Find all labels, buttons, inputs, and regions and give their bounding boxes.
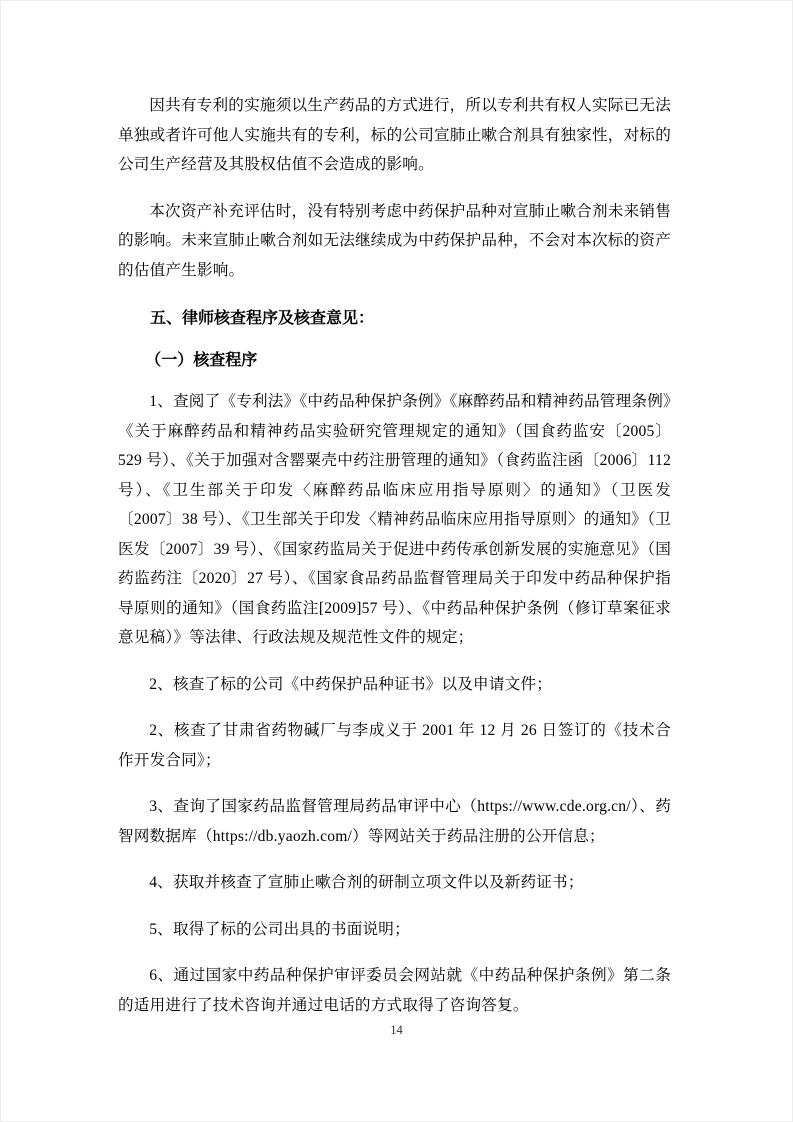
verification-item-1: 1、查阅了《专利法》《中药品种保护条例》《麻醉药品和精神药品管理条例》《关于麻醉… (118, 387, 671, 653)
paragraph-shared-patent-impact: 因共有专利的实施须以生产药品的方式进行，所以专利共有权人实际已无法单独或者许可他… (118, 91, 671, 180)
subsection-heading-verification-procedure: （一）核查程序 (118, 346, 671, 376)
verification-item-7: 6、通过国家中药品种保护审评委员会网站就《中药品种保护条例》第二条的适用进行了技… (118, 961, 671, 1020)
document-page: 因共有专利的实施须以生产药品的方式进行，所以专利共有权人实际已无法单独或者许可他… (0, 0, 793, 1122)
verification-item-5: 4、获取并核查了宣肺止嗽合剂的研制立项文件以及新药证书； (118, 868, 671, 898)
verification-item-4: 3、查询了国家药品监督管理局药品审评中心（https://www.cde.org… (118, 792, 671, 851)
verification-item-2: 2、核查了标的公司《中药保护品种证书》以及申请文件； (118, 670, 671, 700)
verification-item-3: 2、核查了甘肃省药物碱厂与李成义于 2001 年 12 月 26 日签订的《技术… (118, 716, 671, 775)
page-number: 14 (0, 1022, 793, 1038)
section-heading-lawyer-verification: 五、律师核查程序及核查意见： (118, 304, 671, 334)
paragraph-supplementary-valuation: 本次资产补充评估时，没有特别考虑中药保护品种对宣肺止嗽合剂未来销售的影响。未来宣… (118, 197, 671, 286)
verification-item-6: 5、取得了标的公司出具的书面说明； (118, 915, 671, 945)
